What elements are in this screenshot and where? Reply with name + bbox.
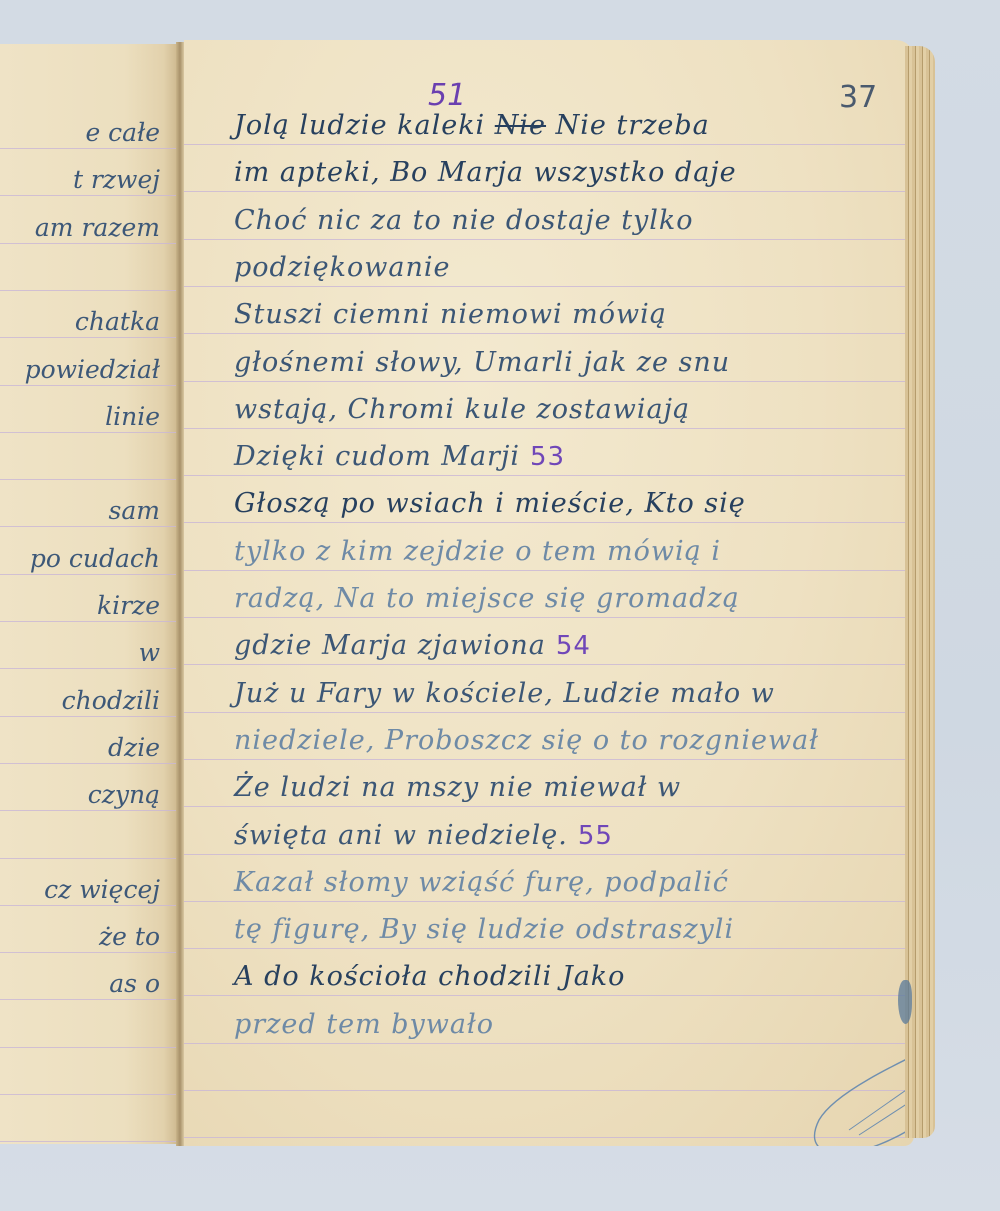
line-text: tę figurę, By się ludzie odstraszyli	[234, 914, 734, 945]
open-notebook: e całet rzwejam razemchatkapowiedziałlin…	[0, 40, 940, 1150]
left-page-line: as o	[109, 969, 160, 998]
handwritten-line: głośnemi słowy, Umarli jak ze snu	[234, 347, 730, 378]
left-page-line: w	[139, 638, 160, 667]
ruled-line	[0, 858, 178, 859]
signature-flourish	[789, 1000, 914, 1146]
line-text: gdzie Marja zjawiona	[234, 630, 546, 661]
ruled-line	[184, 522, 914, 523]
line-text: święta ani w niedzielę.	[234, 820, 568, 851]
handwritten-line: podziękowanie	[234, 252, 451, 283]
line-text: głośnemi słowy, Umarli jak ze snu	[234, 347, 730, 378]
handwritten-line: Dzięki cudom Marji53	[234, 441, 565, 472]
left-page-line: linie	[105, 402, 160, 431]
right-page: 51 37 Jolą ludzie kaleki Nie Nie trzebai…	[184, 40, 914, 1146]
line-text: Stuszi ciemni niemowi mówią	[234, 299, 667, 330]
struck-word: Nie	[495, 110, 546, 141]
ruled-line	[0, 999, 178, 1000]
left-page-line: cz więcej	[44, 875, 160, 904]
ruled-line	[184, 570, 914, 571]
handwritten-line: Jolą ludzie kaleki Nie Nie trzeba	[234, 110, 710, 141]
handwritten-line: niedziele, Proboszcz się o to rozgniewał	[234, 725, 819, 756]
page-number-right: 37	[839, 80, 877, 115]
ruled-line	[0, 1047, 178, 1048]
line-text: przed tem bywało	[234, 1009, 494, 1040]
line-text: Jolą ludzie kaleki	[234, 110, 495, 141]
handwritten-line: Choć nic za to nie dostaje tylko	[234, 205, 694, 236]
ruled-line	[0, 621, 178, 622]
handwritten-line: tylko z kim zejdzie o tem mówią i	[234, 536, 721, 567]
line-text: radzą, Na to miejsce się gromadzą	[234, 583, 740, 614]
ruled-line	[184, 191, 914, 192]
page-edges	[905, 46, 935, 1138]
ruled-line	[0, 290, 178, 291]
left-page-line: am razem	[35, 213, 160, 242]
ruled-line	[0, 810, 178, 811]
ruled-line	[184, 144, 914, 145]
ruled-line	[0, 574, 178, 575]
left-page-line: chatka	[75, 307, 160, 336]
handwritten-line: przed tem bywało	[234, 1009, 494, 1040]
ruled-line	[0, 1094, 178, 1095]
line-text: A do kościoła chodzili Jako	[234, 961, 625, 992]
handwritten-line: tę figurę, By się ludzie odstraszyli	[234, 914, 734, 945]
ruled-line	[184, 239, 914, 240]
left-page-line: czyną	[88, 780, 160, 809]
ruled-line	[184, 901, 914, 902]
ruled-line	[184, 759, 914, 760]
ruled-line	[184, 286, 914, 287]
handwritten-line: gdzie Marja zjawiona54	[234, 630, 591, 661]
handwritten-line: Już u Fary w kościele, Ludzie mało w	[234, 678, 775, 709]
left-page-line: powiedział	[25, 355, 160, 384]
verse-number: 53	[530, 442, 565, 472]
ruled-line	[184, 948, 914, 949]
line-text: tylko z kim zejdzie o tem mówią i	[234, 536, 721, 567]
ruled-line	[184, 381, 914, 382]
ink-stain	[898, 980, 912, 1024]
ruled-line	[0, 763, 178, 764]
ruled-line	[0, 1141, 178, 1142]
ruled-line	[0, 385, 178, 386]
ruled-line	[184, 475, 914, 476]
line-text: niedziele, Proboszcz się o to rozgniewał	[234, 725, 819, 756]
notebook-spine	[176, 42, 184, 1146]
ruled-line	[184, 617, 914, 618]
ruled-line	[0, 148, 178, 149]
ruled-line	[0, 905, 178, 906]
ruled-line	[0, 243, 178, 244]
left-page-line: że to	[99, 922, 160, 951]
handwritten-line: święta ani w niedzielę.55	[234, 820, 613, 851]
ruled-line	[0, 337, 178, 338]
verse-number: 54	[556, 631, 591, 661]
handwritten-line: Stuszi ciemni niemowi mówią	[234, 299, 667, 330]
verse-number: 55	[578, 821, 613, 851]
line-text: Że ludzi na mszy nie miewał w	[234, 772, 681, 803]
handwritten-line: Że ludzi na mszy nie miewał w	[234, 772, 681, 803]
line-text: wstają, Chromi kule zostawiają	[234, 394, 690, 425]
left-page-line: chodzili	[62, 686, 160, 715]
ruled-line	[0, 668, 178, 669]
left-page: e całet rzwejam razemchatkapowiedziałlin…	[0, 44, 178, 1144]
ruled-line	[184, 995, 914, 996]
line-text: podziękowanie	[234, 252, 451, 283]
ruled-line	[184, 333, 914, 334]
handwritten-line: Głoszą po wsiach i mieście, Kto się	[234, 488, 746, 519]
left-page-line: t rzwej	[73, 165, 160, 194]
handwritten-line: im apteki, Bo Marja wszystko daje	[234, 157, 737, 188]
line-text: Kazał słomy wziąść furę, podpalić	[234, 867, 729, 898]
left-page-line: dzie	[108, 733, 160, 762]
left-page-line: sam	[109, 496, 160, 525]
handwritten-line: Kazał słomy wziąść furę, podpalić	[234, 867, 729, 898]
ruled-line	[0, 526, 178, 527]
handwritten-line: radzą, Na to miejsce się gromadzą	[234, 583, 740, 614]
ruled-line	[184, 712, 914, 713]
ruled-line	[0, 716, 178, 717]
left-page-line: kirze	[97, 591, 160, 620]
handwritten-line: wstają, Chromi kule zostawiają	[234, 394, 690, 425]
ruled-line	[184, 854, 914, 855]
line-text: Głoszą po wsiach i mieście, Kto się	[234, 488, 746, 519]
line-text-continued: Nie trzeba	[546, 110, 710, 141]
page-number-left: 51	[428, 78, 466, 113]
ruled-line	[0, 195, 178, 196]
handwritten-line: A do kościoła chodzili Jako	[234, 961, 625, 992]
left-page-line: e całe	[85, 118, 160, 147]
left-page-line: po cudach	[30, 544, 160, 573]
ruled-line	[184, 428, 914, 429]
line-text: Już u Fary w kościele, Ludzie mało w	[234, 678, 775, 709]
ruled-line	[0, 479, 178, 480]
line-text: Dzięki cudom Marji	[234, 441, 520, 472]
line-text: Choć nic za to nie dostaje tylko	[234, 205, 694, 236]
ruled-line	[184, 806, 914, 807]
ruled-line	[184, 664, 914, 665]
ruled-line	[0, 432, 178, 433]
line-text: im apteki, Bo Marja wszystko daje	[234, 157, 737, 188]
ruled-line	[0, 952, 178, 953]
